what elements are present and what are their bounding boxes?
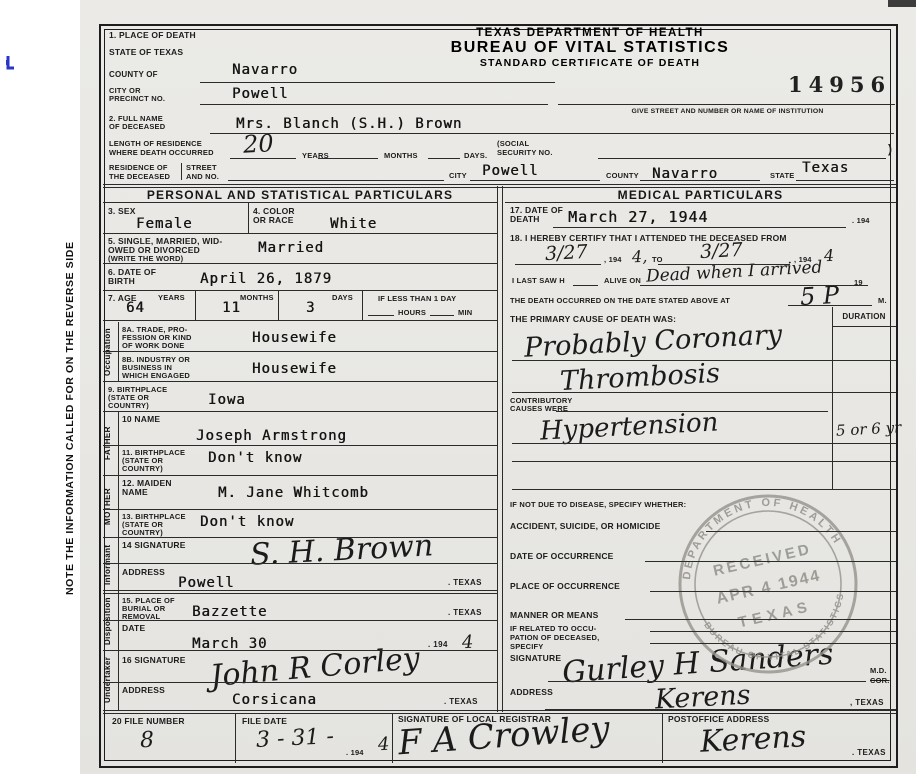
rule [392, 713, 393, 763]
rule [103, 184, 896, 185]
full-name-label-2: OF DECEASED [109, 122, 165, 131]
occ8a-value: Housewife [252, 330, 337, 346]
attended-to-label: TO [652, 255, 663, 264]
months-label: MONTHS [384, 151, 418, 160]
rule [658, 264, 790, 265]
age-months-value: 11 [222, 300, 241, 316]
birthplace-value: Iowa [208, 392, 246, 408]
age-days-label: DAYS [332, 293, 353, 302]
undertaker-addr-state: . TEXAS [444, 697, 478, 707]
rule [625, 619, 896, 620]
rule [645, 561, 896, 562]
rule [362, 290, 363, 320]
death-date-year-suffix: . 194 [852, 216, 870, 225]
sex-label: 3. SEX [108, 206, 136, 216]
rule [368, 315, 394, 316]
rule [512, 360, 896, 361]
physician-addr-label: ADDRESS [510, 687, 553, 697]
rule [103, 233, 497, 234]
contrib-duration: 5 or 6 yr [836, 418, 902, 439]
mother-tab: MOTHER [103, 477, 117, 535]
rule [103, 187, 896, 188]
burial-date-label: DATE [122, 623, 145, 633]
rule [573, 285, 598, 286]
rule [512, 443, 896, 444]
rule [200, 104, 548, 105]
attended-from-year: , 194 [604, 255, 622, 264]
postoffice-value: Kerens [699, 719, 807, 760]
rule [103, 713, 896, 714]
rule [662, 713, 663, 763]
ssn-label-2: SECURITY NO. [497, 148, 553, 157]
heading-line-3: STANDARD CERTIFICATE OF DEATH [360, 57, 820, 69]
physician-addr-state: , TEXAS [850, 698, 884, 708]
informant-addr-state: . TEXAS [448, 578, 482, 588]
marital-value: Married [258, 240, 324, 256]
mother-bp-value: Don't know [200, 514, 294, 530]
date-occurrence-label: DATE OF OCCURRENCE [510, 551, 614, 561]
column-divider [502, 186, 503, 712]
last-saw-mid: ALIVE ON [604, 276, 641, 285]
city-label-2: PRECINCT NO. [109, 94, 165, 103]
rule [788, 305, 872, 306]
age-months-label: MONTHS [240, 293, 274, 302]
rule [103, 202, 497, 203]
rule [428, 158, 460, 159]
age-years-value: 64 [126, 300, 145, 316]
rule [235, 713, 236, 763]
last-saw-pre: I LAST SAW H [512, 276, 565, 285]
postoffice-state: . TEXAS [852, 748, 886, 758]
rule [103, 650, 497, 651]
rule [556, 411, 828, 412]
rule [103, 682, 497, 683]
related-label-2: PATION OF DECEASED, [510, 633, 599, 642]
rule [512, 461, 896, 462]
file-date-label: FILE DATE [242, 716, 287, 726]
color-label-2: OR RACE [253, 215, 294, 225]
age-years-label: YEARS [158, 293, 185, 302]
county-value: Navarro [232, 62, 298, 78]
stamp-texas: TEXAS [737, 598, 814, 631]
institution-note: GIVE STREET AND NUMBER OR NAME OF INSTIT… [560, 108, 895, 116]
rule [103, 381, 497, 382]
rule [548, 681, 866, 682]
reverse-side-note: NOTE THE INFORMATION CALLED FOR ON THE R… [64, 183, 78, 653]
sex-value: Female [136, 216, 193, 232]
days-label: DAYS. [464, 151, 487, 160]
file-number-label: 20 FILE NUMBER [112, 716, 185, 726]
occ8a-label-3: OF WORK DONE [122, 341, 184, 350]
rule [545, 709, 896, 710]
rule [650, 631, 896, 632]
rule [103, 563, 497, 564]
death-occurred-label: THE DEATH OCCURRED ON THE DATE STATED AB… [510, 296, 730, 305]
marital-label-3: (WRITE THE WORD) [108, 254, 183, 263]
res-state-value: Texas [802, 160, 849, 176]
death-date-label-2: DEATH [510, 214, 540, 224]
rule [103, 263, 497, 264]
informant-sig-label: 14 SIGNATURE [122, 540, 186, 550]
less-than-day-label: IF LESS THAN 1 DAY [378, 294, 456, 303]
rule [278, 290, 279, 320]
file-date-year: . 194 [346, 748, 364, 757]
rule [796, 180, 894, 181]
department-heading: TEXAS DEPARTMENT OF HEALTH BUREAU OF VIT… [360, 27, 820, 69]
rule [195, 290, 196, 320]
rule [553, 227, 846, 228]
death-certificate-scan: NOTE THE INFORMATION CALLED FOR ON THE R… [0, 0, 916, 774]
rule [103, 537, 497, 538]
ssn-label-1: (SOCIAL [497, 139, 529, 148]
mother-maiden-label-2: NAME [122, 487, 148, 497]
primary-cause-label: THE PRIMARY CAUSE OF DEATH WAS: [510, 314, 676, 324]
rule [640, 180, 760, 181]
duration-label: DURATION [832, 312, 896, 322]
undertaker-tab: Undertaker [103, 652, 117, 708]
undertaker-addr-value: Corsicana [232, 692, 317, 708]
father-bp-value: Don't know [208, 450, 302, 466]
residence-length-label-2: WHERE DEATH OCCURRED [109, 148, 214, 157]
rule [832, 326, 896, 327]
undertaker-addr-label: ADDRESS [122, 685, 165, 695]
rule [103, 445, 497, 446]
column-divider [497, 186, 498, 712]
rule [118, 322, 119, 381]
scan-edge-smudge [888, 0, 916, 7]
color-value: White [330, 216, 377, 232]
blue-ink-mark [5, 54, 19, 74]
rule [103, 320, 497, 321]
rule [512, 392, 896, 393]
city-value: Powell [232, 86, 289, 102]
rule [515, 264, 601, 265]
min-label: MIN [458, 308, 472, 317]
rule [650, 591, 896, 592]
rule [210, 133, 894, 134]
rule [103, 411, 497, 412]
informant-addr-value: Powell [178, 575, 235, 591]
file-date-year-hw: 4 [377, 734, 390, 756]
father-name-label: 10 NAME [122, 414, 160, 424]
rule [512, 489, 896, 490]
rule [103, 710, 896, 711]
rule [505, 202, 896, 203]
place-occurrence-label: PLACE OF OCCURRENCE [510, 581, 620, 591]
rule [558, 104, 895, 105]
rule [430, 315, 454, 316]
father-name-value: Joseph Armstrong [196, 428, 347, 444]
medical-section-title: MEDICAL PARTICULARS [505, 188, 896, 202]
duration-column-line [832, 307, 833, 489]
death-occurred-m: M. [878, 296, 887, 305]
rule [103, 290, 497, 291]
rule [640, 285, 868, 286]
rule [103, 620, 497, 621]
file-date-value: 3 - 31 - [255, 724, 334, 753]
heading-line-1: TEXAS DEPARTMENT OF HEALTH [360, 27, 820, 39]
rule [318, 158, 378, 159]
file-number-value: 8 [139, 728, 154, 754]
rule [103, 593, 497, 594]
death-date-value: March 27, 1944 [568, 208, 708, 226]
personal-section-title: PERSONAL AND STATISTICAL PARTICULARS [103, 188, 497, 202]
rule [103, 590, 497, 591]
occ8b-value: Housewife [252, 361, 337, 377]
birth-label-2: BIRTH [108, 276, 135, 286]
rule [181, 163, 182, 180]
informant-tab: Informant [103, 539, 117, 590]
accident-label: ACCIDENT, SUICIDE, OR HOMICIDE [510, 521, 661, 531]
rule [230, 158, 296, 159]
informant-addr-label: ADDRESS [122, 567, 165, 577]
res-county-label: COUNTY [606, 171, 639, 180]
rule [470, 180, 600, 181]
birth-value: April 26, 1879 [200, 271, 332, 287]
rule [598, 158, 886, 159]
burial-value: Bazzette [192, 604, 267, 620]
residence-length-label-1: LENGTH OF RESIDENCE [109, 139, 202, 148]
occ8b-label-3: WHICH ENGAGED [122, 371, 190, 380]
rule [248, 202, 249, 233]
residence-of-label-1: RESIDENCE OF [109, 163, 168, 172]
res-state-label: STATE [770, 171, 794, 180]
father-bp-label-3: COUNTRY) [122, 464, 163, 473]
county-of-label: COUNTY OF [109, 70, 158, 80]
mother-bp-label-3: COUNTRY) [122, 528, 163, 537]
physician-sig-label: SIGNATURE [510, 653, 561, 663]
birthplace-label-3: COUNTRY) [108, 401, 149, 410]
father-tab: FATHER [103, 413, 117, 473]
rule [200, 82, 555, 83]
hours-label: HOURS [398, 308, 426, 317]
burial-state: . TEXAS [448, 608, 482, 618]
rule [103, 509, 497, 510]
attended-to-value: 3/27 [699, 239, 743, 263]
res-city-value: Powell [482, 163, 539, 179]
rule [706, 531, 896, 532]
rule [118, 411, 119, 710]
mother-maiden-value: M. Jane Whitcomb [218, 485, 369, 501]
rule [650, 643, 896, 644]
ssn-close-paren: ) [888, 142, 892, 156]
res-city-label: CITY [449, 171, 467, 180]
related-label-3: SPECIFY [510, 642, 544, 651]
rule [228, 180, 444, 181]
disposition-tab: Disposition [103, 594, 117, 648]
physician-cor-label: COR. [870, 676, 890, 685]
street-label-1: STREET [186, 163, 217, 172]
heading-line-2: BUREAU OF VITAL STATISTICS [360, 39, 820, 57]
undertaker-sig-label: 16 SIGNATURE [122, 655, 186, 665]
field-place-of-death: 1. PLACE OF DEATH [109, 30, 196, 40]
rule [103, 351, 497, 352]
rule [103, 475, 497, 476]
attended-from-year-hw: 4, [632, 247, 648, 267]
physician-md-label: M.D. [870, 666, 887, 675]
manner-label: MANNER OR MEANS [510, 610, 598, 620]
certificate-number: 14956 [788, 72, 891, 97]
street-label-2: AND NO. [186, 172, 219, 181]
state-of-texas-line: STATE OF TEXAS [109, 47, 183, 57]
related-label-1: IF RELATED TO OCCU- [510, 624, 596, 633]
certify-label: 18. I HEREBY CERTIFY THAT I ATTENDED THE… [510, 233, 787, 243]
burial-date-year: . 194 [428, 640, 448, 650]
attended-from-value: 3/27 [544, 241, 588, 265]
attended-to-year-hw: 4 [824, 246, 835, 266]
residence-of-label-2: THE DECEASED [109, 172, 170, 181]
age-days-value: 3 [306, 300, 315, 316]
